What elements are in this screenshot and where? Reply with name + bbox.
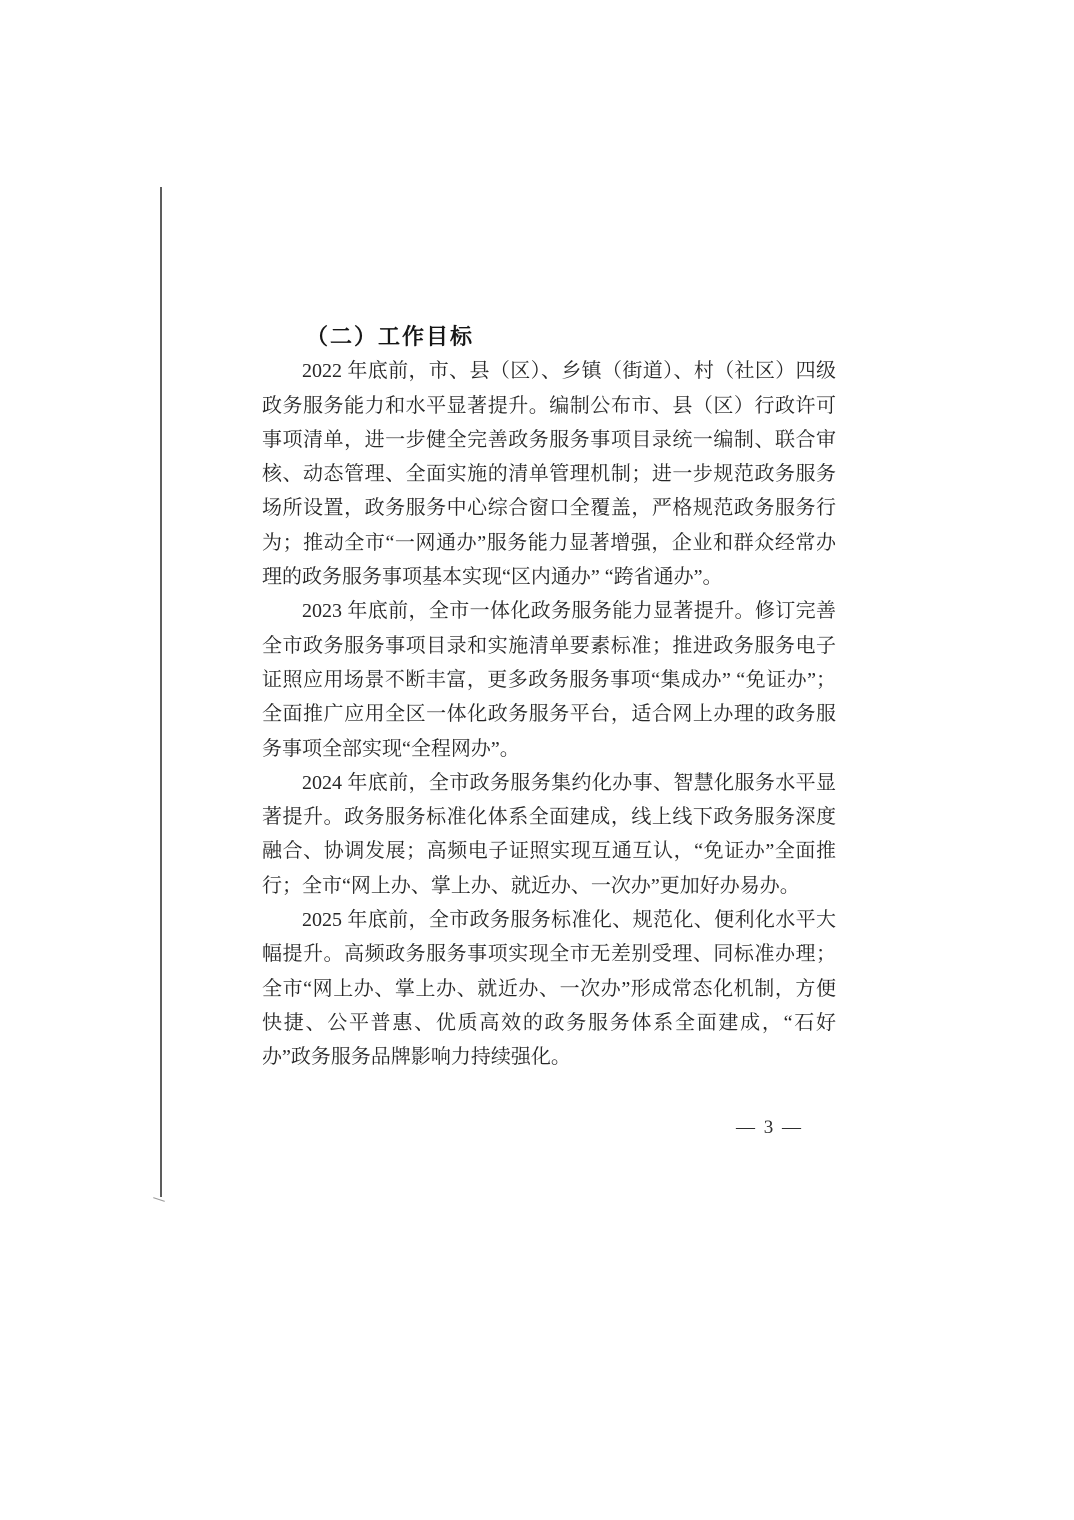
document-body: （二）工作目标 2022 年底前，市、县（区）、乡镇（街道）、村（社区）四级政务… — [262, 320, 836, 1075]
paragraph-goal-2022: 2022 年底前，市、县（区）、乡镇（街道）、村（社区）四级政务服务能力和水平显… — [262, 354, 836, 594]
scan-artifact-tick — [153, 1197, 165, 1202]
paragraph-goal-2023: 2023 年底前，全市一体化政务服务能力显著提升。修订完善全市政务服务事项目录和… — [262, 594, 836, 765]
section-heading: （二）工作目标 — [262, 320, 836, 354]
paragraph-goal-2024: 2024 年底前，全市政务服务集约化办事、智慧化服务水平显著提升。政务服务标准化… — [262, 766, 836, 903]
page-number: — 3 — — [736, 1116, 803, 1140]
left-margin-line — [160, 187, 162, 1197]
paragraph-goal-2025: 2025 年底前，全市政务服务标准化、规范化、便利化水平大幅提升。高频政务服务事… — [262, 903, 836, 1074]
document-page: （二）工作目标 2022 年底前，市、县（区）、乡镇（街道）、村（社区）四级政务… — [0, 0, 1074, 1520]
